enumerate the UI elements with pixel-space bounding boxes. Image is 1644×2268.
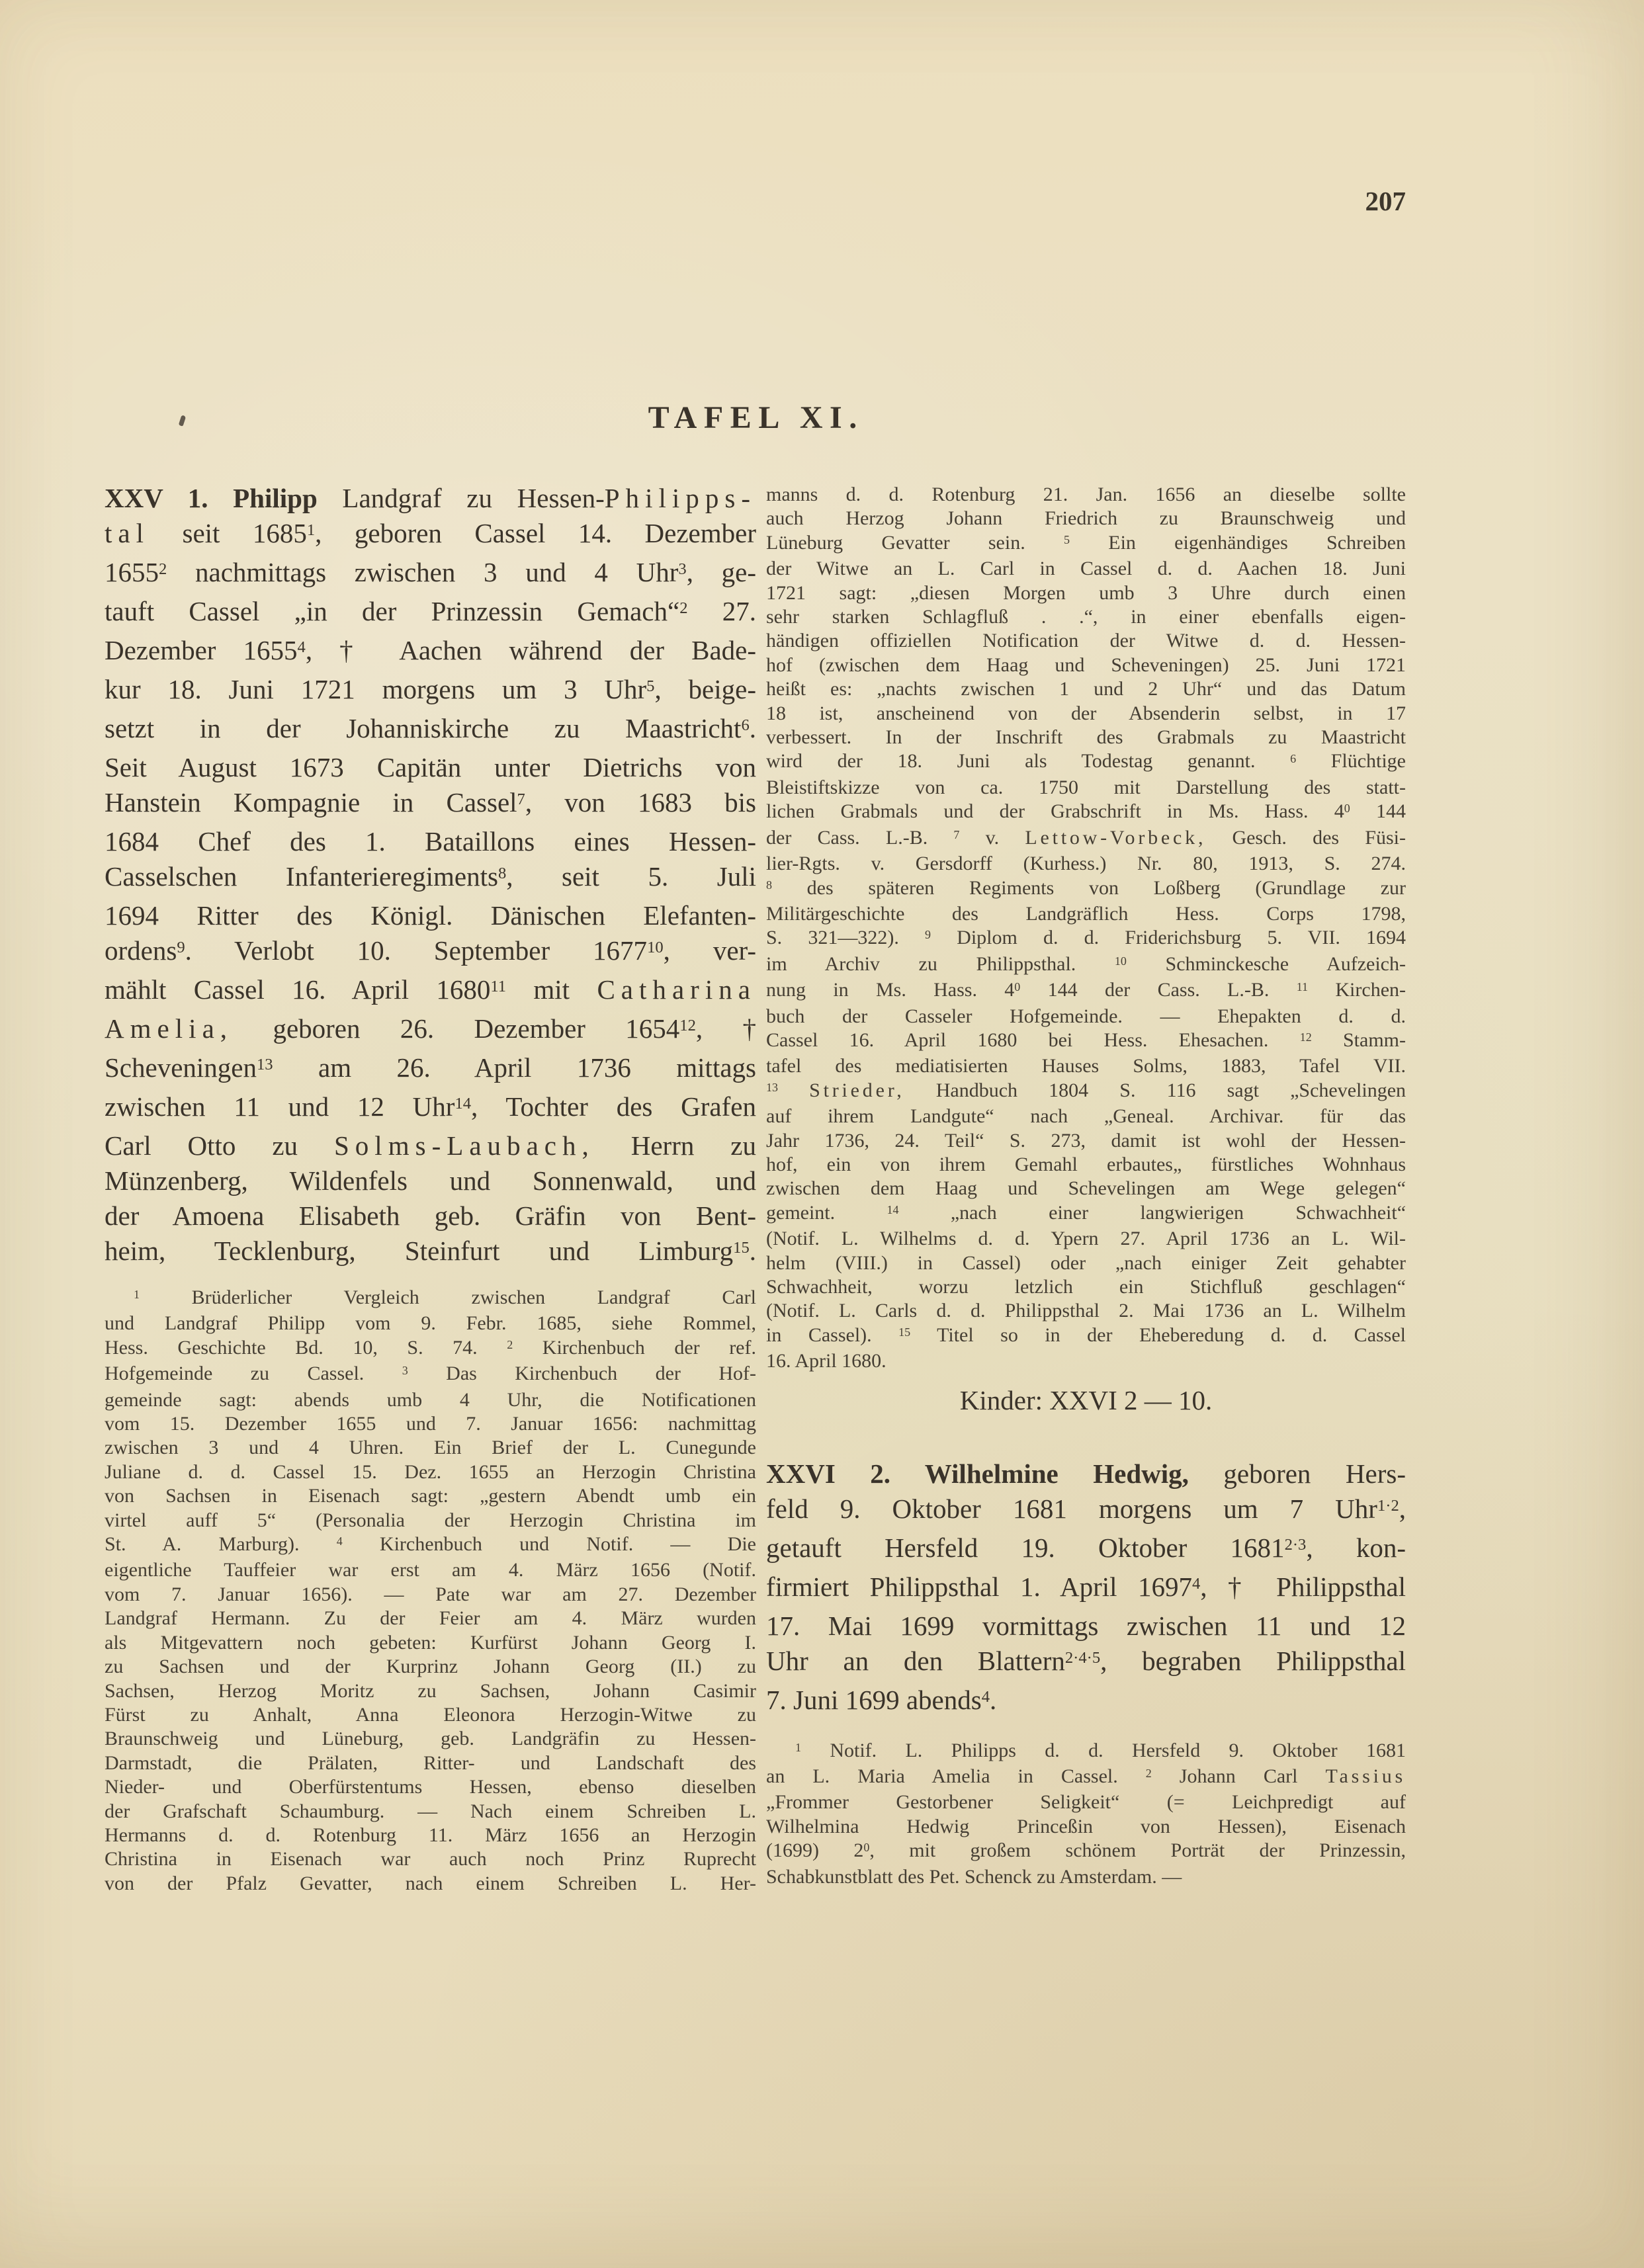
text-segment: Dezember 1655	[105, 635, 298, 665]
text-segment: geboren Hers-	[1189, 1458, 1406, 1489]
text-line: 8 des späteren Regiments von Loßberg (Gr…	[766, 876, 1406, 902]
text-line: von Sachsen in Eisenach sagt: „gestern A…	[105, 1484, 756, 1508]
text-segment: Gesch. des Füsi-	[1206, 827, 1406, 849]
text-line: in Cassel). 15 Titel so in der Eheberedu…	[766, 1323, 1406, 1349]
footnote-marker: 10	[647, 939, 664, 956]
text-segment: 17. Mai 1699 vormittags zwischen 11 und …	[766, 1611, 1406, 1641]
text-line: buch der Casseler Hofgemeinde. — Ehepakt…	[766, 1005, 1406, 1029]
footnote-marker: 14	[454, 1095, 471, 1113]
text-line: der Witwe an L. Carl in Cassel d. d. Aac…	[766, 557, 1406, 581]
text-segment: 18 ist, anscheinend von der Absenderin s…	[766, 702, 1406, 724]
text-segment: 16. April 1680.	[766, 1350, 887, 1372]
children-reference-line: Kinder: XXVI 2 — 10.	[766, 1383, 1406, 1418]
text-segment: Lüneburg Gevatter sein.	[766, 532, 1064, 554]
text-segment: 1721 sagt: „diesen Morgen umb 3 Uhre dur…	[766, 582, 1406, 604]
footnote-marker: 8	[766, 878, 772, 892]
text-segment: virtel auff 5“ (Personalia der Herzogin …	[105, 1509, 756, 1531]
text-segment: Titel so in der Eheberedung d. d. Cassel	[910, 1324, 1406, 1346]
text-segment: Militärgeschichte des Landgräflich Hess.…	[766, 903, 1406, 925]
footnote-marker: 15	[733, 1239, 750, 1257]
text-segment: . Verlobt 10. September 1677	[185, 935, 647, 966]
text-line: an L. Maria Amelia in Cassel. 2 Johann C…	[766, 1765, 1406, 1790]
text-segment: mählt Cassel 16. April 1680	[105, 974, 490, 1005]
text-line: 1694 Ritter des Königl. Dänischen Elefan…	[105, 898, 756, 933]
text-line: Darmstadt, die Prälaten, Ritter- und Lan…	[105, 1751, 756, 1775]
text-segment: Carl Otto zu	[105, 1130, 334, 1161]
text-segment: vom 15. Dezember 1655 und 7. Januar 1656…	[105, 1413, 756, 1435]
text-segment: Seit August 1673 Capitän unter Dietrichs…	[105, 752, 756, 782]
text-line: (Notif. L. Wilhelms d. d. Ypern 27. Apri…	[766, 1227, 1406, 1251]
text-line: nung in Ms. Hass. 40 144 der Cass. L.-B.…	[766, 978, 1406, 1004]
text-line: firmiert Philippsthal 1. April 16974, † …	[766, 1570, 1406, 1609]
text-line: 7. Juni 1699 abends4.	[766, 1683, 1406, 1722]
text-line: 1 Brüderlicher Vergleich zwischen Landgr…	[105, 1286, 756, 1312]
text-line: Juliane d. d. Cassel 15. Dez. 1655 an He…	[105, 1460, 756, 1484]
text-segment: .	[750, 1236, 756, 1266]
text-segment: Diplom d. d. Friderichsburg 5. VII. 1694	[931, 927, 1406, 948]
text-segment: Philipps-	[605, 483, 756, 513]
footnote-marker: 5	[1064, 533, 1070, 546]
text-segment: v.	[959, 827, 1025, 849]
text-segment: Schwachheit, worzu letzlich ein Stichflu…	[766, 1276, 1406, 1298]
text-segment: Handbuch 1804 S. 116 sagt „Schevelingen	[905, 1079, 1406, 1101]
text-segment: Ein eigenhändiges Schreiben	[1070, 532, 1406, 554]
text-segment: wird der 18. Juni als Todestag genannt.	[766, 750, 1290, 772]
text-segment: XXVI 2.	[766, 1458, 925, 1489]
text-segment: .	[990, 1685, 996, 1715]
text-segment: Darmstadt, die Prälaten, Ritter- und Lan…	[105, 1752, 756, 1774]
text-segment: Casselschen Infanterieregiments	[105, 861, 498, 892]
text-line: (Notif. L. Carls d. d. Philippsthal 2. M…	[766, 1299, 1406, 1323]
text-segment: von Sachsen in Eisenach sagt: „gestern A…	[105, 1485, 756, 1507]
footnote-marker: 0	[1344, 802, 1350, 815]
text-segment: 144	[1350, 800, 1406, 822]
text-line: setzt in der Johanniskirche zu Maastrich…	[105, 711, 756, 750]
text-line: heim, Tecklenburg, Steinfurt und Limburg…	[105, 1234, 756, 1273]
text-segment: Landgraf Hermann. Zu der Feier am 4. Mär…	[105, 1607, 756, 1629]
text-segment: auf ihrem Landgute“ nach „Geneal. Archiv…	[766, 1105, 1406, 1127]
entry-xxv1-footnotes: 1 Brüderlicher Vergleich zwischen Landgr…	[105, 1286, 756, 1896]
text-line: „Frommer Gestorbener Seligkeit“ (= Leich…	[766, 1790, 1406, 1814]
text-segment: hof (zwischen dem Haag und Scheveningen)…	[766, 654, 1406, 676]
text-line: Schabkunstblatt des Pet. Schenck zu Amst…	[766, 1865, 1406, 1889]
text-line: Münzenberg, Wildenfels und Sonnenwald, u…	[105, 1163, 756, 1198]
text-segment: S. 321—322).	[766, 927, 925, 948]
text-segment: Lettow-Vorbeck,	[1025, 827, 1206, 849]
text-line: Cassel 16. April 1680 bei Hess. Ehesache…	[766, 1029, 1406, 1054]
text-segment: Tassius	[1326, 1765, 1406, 1787]
text-segment: Hess. Geschichte Bd. 10, S. 74.	[105, 1337, 507, 1359]
text-segment: Catharina	[597, 974, 756, 1005]
text-segment: gemeinde sagt: abends umb 4 Uhr, die Not…	[105, 1389, 756, 1411]
text-segment: Notif. L. Philipps d. d. Hersfeld 9. Okt…	[801, 1740, 1406, 1761]
text-line: der Grafschaft Schaumburg. — Nach einem …	[105, 1800, 756, 1824]
footnote-marker: 1	[795, 1741, 801, 1754]
text-line: feld 9. Oktober 1681 morgens um 7 Uhr1·2…	[766, 1491, 1406, 1531]
text-line: virtel auff 5“ (Personalia der Herzogin …	[105, 1509, 756, 1533]
text-line: 1684 Chef des 1. Bataillons eines Hessen…	[105, 824, 756, 859]
text-line: Jahr 1736, 24. Teil“ S. 273, damit ist w…	[766, 1129, 1406, 1153]
text-segment: , ge-	[687, 557, 756, 587]
text-line: S. 321—322). 9 Diplom d. d. Friderichsbu…	[766, 926, 1406, 952]
footnote-marker: 6	[1290, 752, 1296, 765]
text-line: helm (VIII.) in Cassel) oder „nach einig…	[766, 1251, 1406, 1275]
text-segment: des späteren Regiments von Loßberg (Grun…	[772, 877, 1406, 899]
text-segment: , beige-	[654, 674, 756, 704]
text-segment: zu Sachsen und der Kurprinz Johann Georg…	[105, 1656, 756, 1677]
text-segment: verbessert. In der Inschrift des Grabmal…	[766, 726, 1406, 748]
text-line: hof (zwischen dem Haag und Scheveningen)…	[766, 653, 1406, 677]
text-line: tauft Cassel „in der Prinzessin Gemach“2…	[105, 594, 756, 633]
text-segment: im Archiv zu Philippsthal.	[766, 953, 1115, 975]
text-line: Braunschweig und Lüneburg, geb. Landgräf…	[105, 1727, 756, 1751]
text-segment: Amelia,	[105, 1013, 233, 1044]
text-line: von der Pfalz Gevatter, nach einem Schre…	[105, 1872, 756, 1896]
text-segment: gemeint.	[766, 1202, 887, 1224]
text-line: eigentliche Tauffeier war erst am 4. Mär…	[105, 1558, 756, 1582]
text-segment: 7. Juni 1699 abends	[766, 1685, 982, 1715]
footnote-marker: 6	[741, 716, 749, 734]
footnote-marker: 9	[925, 928, 931, 941]
footnote-marker: 13	[766, 1081, 778, 1094]
text-line: 16552 nachmittags zwischen 3 und 4 Uhr3,…	[105, 555, 756, 594]
text-line: Fürst zu Anhalt, Anna Eleonora Herzogin-…	[105, 1703, 756, 1727]
footnote-marker: 7	[517, 790, 525, 808]
text-line: 18 ist, anscheinend von der Absenderin s…	[766, 702, 1406, 726]
text-line: tal seit 16851, geboren Cassel 14. Dezem…	[105, 516, 756, 555]
text-line: sehr starken Schlagfluß . .“, in einer e…	[766, 605, 1406, 629]
footnote-marker: 14	[887, 1203, 899, 1216]
text-segment: Jahr 1736, 24. Teil“ S. 273, damit ist w…	[766, 1130, 1406, 1152]
text-segment: nung in Ms. Hass. 4	[766, 979, 1014, 1001]
text-line: Militärgeschichte des Landgräflich Hess.…	[766, 902, 1406, 926]
text-line: zwischen dem Haag und Schevelingen am We…	[766, 1177, 1406, 1200]
text-segment: Schabkunstblatt des Pet. Schenck zu Amst…	[766, 1866, 1182, 1888]
text-line: Amelia, geboren 26. Dezember 165412, †	[105, 1011, 756, 1050]
footnote-marker: 2	[507, 1338, 513, 1351]
text-segment: , † Aachen während der Bade-	[306, 635, 756, 665]
text-segment: Strieder,	[809, 1079, 904, 1101]
text-segment: Münzenberg, Wildenfels und Sonnenwald, u…	[105, 1165, 756, 1196]
text-line: Wilhelmina Hedwig Princeßin von Hessen),…	[766, 1815, 1406, 1839]
text-segment: XXV 1.	[105, 483, 233, 513]
text-segment: heißt es: „nachts zwischen 1 und 2 Uhr“ …	[766, 678, 1406, 700]
text-segment: tal	[105, 518, 150, 548]
text-segment: 144 der Cass. L.-B.	[1020, 979, 1296, 1001]
text-segment: , von 1683 bis	[525, 787, 756, 818]
footnote-marker: 9	[177, 939, 185, 956]
text-segment: Kirchenbuch der ref.	[513, 1337, 756, 1359]
text-segment: helm (VIII.) in Cassel) oder „nach einig…	[766, 1252, 1406, 1274]
text-line: Christina in Eisenach war auch noch Prin…	[105, 1847, 756, 1871]
footnote-marker: 10	[1115, 954, 1127, 968]
text-segment: vom 7. Januar 1656). — Pate war am 27. D…	[105, 1583, 756, 1605]
text-segment: Hermanns d. d. Rotenburg 11. März 1656 a…	[105, 1824, 756, 1846]
text-segment: (Notif. L. Carls d. d. Philippsthal 2. M…	[766, 1300, 1406, 1322]
footnote-marker: 0	[863, 1841, 869, 1854]
text-segment: Solms-Laubach,	[334, 1130, 595, 1161]
text-segment: Juliane d. d. Cassel 15. Dez. 1655 an He…	[105, 1461, 756, 1483]
text-segment: 1684 Chef des 1. Bataillons eines Hessen…	[105, 826, 756, 857]
text-segment: buch der Casseler Hofgemeinde. — Ehepakt…	[766, 1005, 1406, 1027]
footnote-marker: 2	[159, 560, 167, 578]
text-segment: Christina in Eisenach war auch noch Prin…	[105, 1848, 756, 1870]
text-segment: kur 18. Juni 1721 morgens um 3 Uhr	[105, 674, 646, 704]
text-segment: Cassel 16. April 1680 bei Hess. Ehesache…	[766, 1029, 1300, 1051]
text-segment: Scheveningen	[105, 1052, 257, 1083]
text-segment: Das Kirchenbuch der Hof-	[408, 1363, 756, 1384]
text-segment: der Grafschaft Schaumburg. — Nach einem …	[105, 1800, 756, 1822]
text-segment: ordens	[105, 935, 177, 966]
text-segment: geboren 26. Dezember 1654	[233, 1013, 679, 1044]
text-segment: , mit großem schönem Porträt der Prinzes…	[869, 1839, 1406, 1861]
text-segment: zwischen 3 und 4 Uhren. Ein Brief der L.…	[105, 1437, 756, 1458]
text-segment: der Cass. L.-B.	[766, 827, 953, 849]
text-line: Dezember 16554, † Aachen während der Bad…	[105, 633, 756, 672]
text-line: verbessert. In der Inschrift des Grabmal…	[766, 726, 1406, 749]
text-line: im Archiv zu Philippsthal. 10 Schminckes…	[766, 952, 1406, 978]
footnote-marker: 2	[1146, 1767, 1152, 1780]
text-segment: , seit 5. Juli	[506, 861, 756, 892]
text-segment: , begraben Philippsthal	[1100, 1646, 1406, 1676]
text-line: Hermanns d. d. Rotenburg 11. März 1656 a…	[105, 1824, 756, 1847]
text-line: (1699) 20, mit großem schönem Porträt de…	[766, 1839, 1406, 1865]
book-page: 207 TAFEL XI. XXV 1. Philipp Landgraf zu…	[0, 0, 1644, 2268]
text-segment: feld 9. Oktober 1681 morgens um 7 Uhr	[766, 1493, 1377, 1524]
text-line: gemeint. 14 „nach einer langwierigen Sch…	[766, 1201, 1406, 1227]
text-line: Casselschen Infanterieregiments8, seit 5…	[105, 859, 756, 898]
text-segment: an L. Maria Amelia in Cassel.	[766, 1765, 1146, 1787]
text-segment: und Landgraf Philipp vom 9. Febr. 1685, …	[105, 1312, 756, 1334]
text-segment: , Tochter des Grafen	[471, 1091, 756, 1122]
footnote-marker: 5	[646, 677, 654, 695]
text-line: XXVI 2. Wilhelmine Hedwig, geboren Hers-	[766, 1456, 1406, 1491]
text-line: Scheveningen13 am 26. April 1736 mittags	[105, 1050, 756, 1089]
footnote-marker: 3	[402, 1364, 408, 1377]
text-segment: Sachsen, Herzog Moritz zu Sachsen, Johan…	[105, 1680, 756, 1702]
text-line: 1721 sagt: „diesen Morgen umb 3 Uhre dur…	[766, 581, 1406, 605]
text-segment: Uhr an den Blattern	[766, 1646, 1065, 1676]
text-segment: nachmittags zwischen 3 und 4 Uhr	[167, 557, 678, 587]
footnote-marker: 3	[678, 560, 686, 578]
footnote-marker: 7	[953, 828, 959, 841]
text-segment: manns d. d. Rotenburg 21. Jan. 1656 an d…	[766, 483, 1406, 505]
text-segment: tafel des mediatisierten Hauses Solms, 1…	[766, 1055, 1406, 1077]
footnotes-continued: manns d. d. Rotenburg 21. Jan. 1656 an d…	[766, 483, 1406, 1374]
text-segment: firmiert Philippsthal 1. April 1697	[766, 1572, 1192, 1602]
text-segment: , geboren Cassel 14. Dezember	[315, 518, 756, 548]
text-line: manns d. d. Rotenburg 21. Jan. 1656 an d…	[766, 483, 1406, 507]
footnote-marker: 13	[257, 1056, 273, 1073]
text-line: Hess. Geschichte Bd. 10, S. 74. 2 Kirche…	[105, 1336, 756, 1362]
text-line: mählt Cassel 16. April 168011 mit Cathar…	[105, 972, 756, 1011]
page-number: 207	[99, 188, 1406, 215]
text-line: 1 Notif. L. Philipps d. d. Hersfeld 9. O…	[766, 1739, 1406, 1765]
footnote-marker: 4	[1192, 1575, 1200, 1593]
footnote-marker: 1	[134, 1288, 140, 1301]
text-line: kur 18. Juni 1721 morgens um 3 Uhr5, bei…	[105, 672, 756, 711]
footnote-marker: 4	[337, 1534, 343, 1548]
footnote-marker: 1·2	[1377, 1497, 1399, 1515]
footnote-marker: 4	[982, 1688, 990, 1706]
text-segment: Wilhelmine Hedwig,	[925, 1458, 1189, 1489]
footnote-marker: 0	[1014, 980, 1020, 993]
right-column: manns d. d. Rotenburg 21. Jan. 1656 an d…	[766, 483, 1406, 1889]
entry-xxv1-paragraph: XXV 1. Philipp Landgraf zu Hessen-Philip…	[105, 481, 756, 1273]
text-line: getauft Hersfeld 19. Oktober 16812·3, ko…	[766, 1531, 1406, 1570]
footnote-marker: 4	[298, 638, 306, 656]
text-line: lier-Rgts. v. Gersdorff (Kurhess.) Nr. 8…	[766, 852, 1406, 876]
text-segment: 27.	[688, 596, 757, 626]
text-line: Schwachheit, worzu letzlich ein Stichflu…	[766, 1275, 1406, 1299]
text-segment: „nach einer langwierigen Schwachheit“	[899, 1202, 1406, 1224]
footnote-marker: 2·3	[1285, 1536, 1307, 1554]
text-segment: Philipp	[233, 483, 318, 513]
text-segment: Stamm-	[1312, 1029, 1406, 1051]
text-segment: Landgraf zu Hessen-	[318, 483, 605, 513]
text-line: Seit August 1673 Capitän unter Dietrichs…	[105, 750, 756, 785]
entry-xxvi2-paragraph: XXVI 2. Wilhelmine Hedwig, geboren Hers-…	[766, 1456, 1406, 1722]
text-segment: lichen Grabmals und der Grabschrift in M…	[766, 800, 1344, 822]
text-segment: sehr starken Schlagfluß . .“, in einer e…	[766, 606, 1406, 628]
text-segment: Hofgemeinde zu Cassel.	[105, 1363, 402, 1384]
text-segment	[778, 1079, 809, 1101]
text-line: Landgraf Hermann. Zu der Feier am 4. Mär…	[105, 1607, 756, 1630]
text-line: lichen Grabmals und der Grabschrift in M…	[766, 800, 1406, 825]
footnote-marker: 1	[307, 521, 315, 539]
text-segment: , †	[696, 1013, 756, 1044]
footnote-marker: 15	[898, 1325, 910, 1339]
text-segment: Schminckesche Aufzeich-	[1127, 953, 1406, 975]
text-line: Bleistiftskizze von ca. 1750 mit Darstel…	[766, 776, 1406, 800]
text-segment: getauft Hersfeld 19. Oktober 1681	[766, 1533, 1285, 1563]
text-segment: eigentliche Tauffeier war erst am 4. Mär…	[105, 1559, 756, 1581]
text-line: Uhr an den Blattern2·4·5, begraben Phili…	[766, 1644, 1406, 1683]
text-segment: 1694 Ritter des Königl. Dänischen Elefan…	[105, 900, 756, 931]
text-segment: zwischen dem Haag und Schevelingen am We…	[766, 1177, 1406, 1199]
text-segment: Braunschweig und Lüneburg, geb. Landgräf…	[105, 1728, 756, 1749]
text-line: Hofgemeinde zu Cassel. 3 Das Kirchenbuch…	[105, 1362, 756, 1388]
text-segment: (Notif. L. Wilhelms d. d. Ypern 27. Apri…	[766, 1228, 1406, 1249]
text-segment: der Amoena Elisabeth geb. Gräfin von Ben…	[105, 1200, 756, 1231]
text-line: 17. Mai 1699 vormittags zwischen 11 und …	[766, 1609, 1406, 1644]
text-segment: in Cassel).	[766, 1324, 898, 1346]
text-segment: händigen offiziellen Notification der Wi…	[766, 630, 1406, 651]
text-line: und Landgraf Philipp vom 9. Febr. 1685, …	[105, 1312, 756, 1335]
text-segment: .	[750, 713, 756, 743]
text-segment: von der Pfalz Gevatter, nach einem Schre…	[105, 1872, 756, 1894]
text-segment: 1655	[105, 557, 159, 587]
text-segment: , † Philippsthal	[1200, 1572, 1406, 1602]
text-line: St. A. Marburg). 4 Kirchenbuch und Notif…	[105, 1533, 756, 1558]
text-line: 16. April 1680.	[766, 1349, 1406, 1373]
footnote-marker: 12	[1300, 1030, 1312, 1044]
entry-xxvi2-footnotes: 1 Notif. L. Philipps d. d. Hersfeld 9. O…	[766, 1739, 1406, 1889]
text-segment: seit 1685	[150, 518, 307, 548]
text-line: XXV 1. Philipp Landgraf zu Hessen-Philip…	[105, 481, 756, 516]
text-segment: Kirchen-	[1308, 979, 1406, 1001]
text-line: hof, ein von ihrem Gemahl erbautes„ fürs…	[766, 1153, 1406, 1177]
text-segment: mit	[506, 974, 597, 1005]
text-segment: tauft Cassel „in der Prinzessin Gemach“	[105, 596, 679, 626]
text-line: vom 15. Dezember 1655 und 7. Januar 1656…	[105, 1412, 756, 1436]
text-line: Carl Otto zu Solms-Laubach, Herrn zu	[105, 1128, 756, 1163]
text-line: tafel des mediatisierten Hauses Solms, 1…	[766, 1054, 1406, 1078]
text-line: vom 7. Januar 1656). — Pate war am 27. D…	[105, 1583, 756, 1607]
text-line: Lüneburg Gevatter sein. 5 Ein eigenhändi…	[766, 531, 1406, 557]
text-line: der Amoena Elisabeth geb. Gräfin von Ben…	[105, 1198, 756, 1234]
text-segment: Hanstein Kompagnie in Cassel	[105, 787, 517, 818]
text-segment: auch Herzog Johann Friedrich zu Braunsch…	[766, 507, 1406, 529]
text-segment: zwischen 11 und 12 Uhr	[105, 1091, 454, 1122]
text-line: ordens9. Verlobt 10. September 167710, v…	[105, 933, 756, 972]
text-segment: lier-Rgts. v. Gersdorff (Kurhess.) Nr. 8…	[766, 853, 1406, 874]
text-segment: als Mitgevattern noch gebeten: Kurfürst …	[105, 1632, 756, 1654]
text-line: zu Sachsen und der Kurprinz Johann Georg…	[105, 1655, 756, 1679]
text-line: Sachsen, Herzog Moritz zu Sachsen, Johan…	[105, 1679, 756, 1703]
text-line: händigen offiziellen Notification der Wi…	[766, 629, 1406, 653]
text-segment: Flüchtige	[1296, 750, 1406, 772]
text-line: der Cass. L.-B. 7 v. Lettow-Vorbeck, Ges…	[766, 826, 1406, 852]
text-segment: Brüderlicher Vergleich zwischen Landgraf…	[140, 1286, 756, 1308]
text-line: gemeinde sagt: abends umb 4 Uhr, die Not…	[105, 1388, 756, 1412]
text-segment: Kirchenbuch und Notif. — Die	[343, 1533, 756, 1555]
text-segment: Nieder- und Oberfürstentums Hessen, eben…	[105, 1776, 756, 1798]
footnote-marker: 2·4·5	[1065, 1649, 1100, 1667]
footnote-marker: 12	[679, 1017, 696, 1034]
footnote-marker: 8	[498, 864, 506, 882]
text-segment: Bleistiftskizze von ca. 1750 mit Darstel…	[766, 777, 1406, 798]
text-segment: Fürst zu Anhalt, Anna Eleonora Herzogin-…	[105, 1704, 756, 1726]
text-segment: heim, Tecklenburg, Steinfurt und Limburg	[105, 1236, 733, 1266]
text-line: heißt es: „nachts zwischen 1 und 2 Uhr“ …	[766, 677, 1406, 701]
text-segment: (1699) 2	[766, 1839, 863, 1861]
text-segment: setzt in der Johanniskirche zu Maastrich…	[105, 713, 741, 743]
text-segment: der Witwe an L. Carl in Cassel d. d. Aac…	[766, 558, 1406, 579]
text-segment: am 26. April 1736 mittags	[273, 1052, 756, 1083]
text-segment: Johann Carl	[1152, 1765, 1326, 1787]
footnote-marker: 11	[490, 978, 506, 995]
text-line: zwischen 11 und 12 Uhr14, Tochter des Gr…	[105, 1089, 756, 1128]
text-line: 13 Strieder, Handbuch 1804 S. 116 sagt „…	[766, 1079, 1406, 1105]
text-line: Hanstein Kompagnie in Cassel7, von 1683 …	[105, 785, 756, 824]
footnote-marker: 11	[1297, 980, 1308, 993]
left-column: XXV 1. Philipp Landgraf zu Hessen-Philip…	[105, 481, 756, 1896]
text-line: auch Herzog Johann Friedrich zu Braunsch…	[766, 507, 1406, 530]
page-title: TAFEL XI.	[99, 401, 1406, 436]
text-line: als Mitgevattern noch gebeten: Kurfürst …	[105, 1631, 756, 1655]
text-segment: „Frommer Gestorbener Seligkeit“ (= Leich…	[766, 1791, 1406, 1813]
text-line: wird der 18. Juni als Todestag genannt. …	[766, 749, 1406, 775]
text-line: zwischen 3 und 4 Uhren. Ein Brief der L.…	[105, 1436, 756, 1460]
text-segment: , kon-	[1306, 1533, 1406, 1563]
text-segment: ,	[1399, 1493, 1406, 1524]
text-segment: Herrn zu	[595, 1130, 756, 1161]
footnote-marker: 2	[679, 599, 687, 617]
text-line: auf ihrem Landgute“ nach „Geneal. Archiv…	[766, 1105, 1406, 1128]
text-segment: Wilhelmina Hedwig Princeßin von Hessen),…	[766, 1816, 1406, 1837]
text-segment: St. A. Marburg).	[105, 1533, 337, 1555]
text-segment: , ver-	[664, 935, 756, 966]
text-line: Nieder- und Oberfürstentums Hessen, eben…	[105, 1775, 756, 1799]
text-segment: hof, ein von ihrem Gemahl erbautes„ fürs…	[766, 1154, 1406, 1175]
